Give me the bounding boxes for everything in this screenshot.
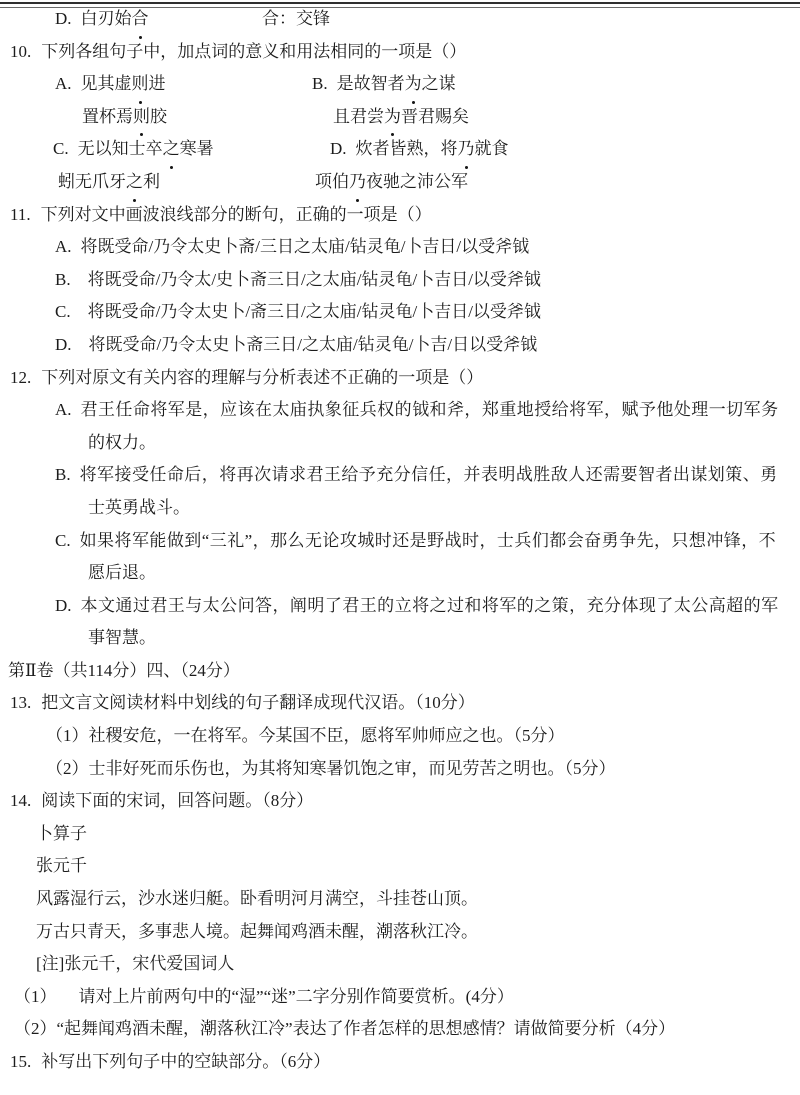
question-12-stem-line: 12.下列对原文有关内容的理解与分析表述不正确的一项是（）	[0, 362, 800, 395]
q13-item-2: （2）士非好死而乐伤也，为其将知寒暑饥饱之审，而见劳苦之明也。（5分）	[0, 753, 800, 786]
option-letter: D.	[55, 596, 72, 615]
question-11-stem: 下列对文中画波浪线部分的断句，正确的一项是（）	[41, 205, 432, 224]
option-text-continuation: 事智慧。	[88, 628, 156, 647]
question-10-stem-line: 10.下列各组句子中，加点词的意义和用法相同的一项是（）	[0, 36, 800, 69]
option-letter: C.	[53, 139, 69, 158]
emphasis-dot-char: 则	[133, 101, 150, 134]
q10-option-b-line1: B.是故智者为之谋	[312, 68, 456, 101]
poem-author: 张元千	[36, 856, 87, 875]
q13-item-1-text: （1）社稷安危，一在将军。今某国不臣，愿将军帅师应之也。（5分）	[46, 726, 565, 745]
q12-option-d-line1: D.本文通过君王与太公问答，阐明了君王的立将之过和将军的之策，充分体现了太公高超…	[0, 590, 800, 623]
q10-option-c-line1: C.无以知士卒之寒暑	[53, 133, 214, 166]
question-13-stem: 把文言文阅读材料中划线的句子翻译成现代汉语。（10分）	[41, 693, 475, 712]
q10-options-row3: C.无以知士卒之寒暑 D.炊者皆熟，将乃就食	[0, 133, 800, 166]
q13-item-2-text: （2）士非好死而乐伤也，为其将知寒暑饥饱之审，而见劳苦之明也。（5分）	[46, 759, 616, 778]
question-13-stem-line: 13.把文言文阅读材料中划线的句子翻译成现代汉语。（10分）	[0, 687, 800, 720]
option-text: 将军接受任命后，将再次请求君王给予充分信任，并表明战胜敌人还需要智者出谋划策、勇	[80, 465, 778, 484]
question-12-stem: 下列对原文有关内容的理解与分析表述不正确的一项是（）	[41, 368, 483, 387]
option-letter: C.	[55, 302, 71, 321]
sub-question-text: “起舞闻鸡酒未醒，潮落秋江冷”表达了作者怎样的思想感情？请做简要分析（4分）	[57, 1019, 676, 1038]
q10-option-a-line2: 置杯焉则胶	[82, 101, 167, 134]
q10-option-d-line1: D.炊者皆熟，将乃就食	[330, 133, 509, 166]
question-15-stem: 补写出下列句子中的空缺部分。（6分）	[41, 1052, 330, 1071]
q14-sub-question-2: （2）“起舞闻鸡酒未醒，潮落秋江冷”表达了作者怎样的思想感情？请做简要分析（4分…	[0, 1013, 800, 1046]
poem-title-line: 卜算子	[0, 818, 800, 851]
q10-options-row2: 置杯焉则胶 且君尝为晋君赐矣	[0, 101, 800, 134]
option-letter: D.	[330, 139, 347, 158]
q12-option-c-line1: C.如果将军能做到“三礼”，那么无论攻城时还是野战时，士兵们都会奋勇争先，只想冲…	[0, 525, 800, 558]
prev-option-d-gloss: 合：交锋	[262, 3, 330, 36]
option-text: 本文通过君王与太公问答，阐明了君王的立将之过和将军的之策，充分体现了太公高超的军	[81, 596, 779, 615]
option-letter: A.	[55, 74, 72, 93]
option-letter: D.	[55, 9, 72, 28]
exam-content: D.白刃始合 合：交锋 10.下列各组句子中，加点词的意义和用法相同的一项是（）…	[0, 3, 800, 1079]
emphasis-dot-char: 之	[126, 166, 143, 199]
sub-question-label: （1）	[14, 987, 57, 1006]
option-text: 将既受命/乃令太史卜斋三日/之太庙/钻灵龟/卜吉/日以受斧钺	[89, 335, 538, 354]
poem-note: [注]张元千，宋代爱国词人	[36, 954, 234, 973]
q12-option-b-line1: B.将军接受任命后，将再次请求君王给予充分信任，并表明战胜敌人还需要智者出谋划策…	[0, 459, 800, 492]
option-text: 将既受命/乃令太史卜/斋三日/之太庙/钻灵龟/卜吉日/以受斧钺	[88, 302, 541, 321]
question-14-number: 14.	[10, 791, 31, 810]
option-letter: B.	[312, 74, 328, 93]
q12-option-a-line1: A.君王任命将军是，应该在太庙执象征兵权的钺和斧，郑重地授给将军，赋予他处理一切…	[0, 394, 800, 427]
question-14-stem-line: 14.阅读下面的宋词，回答问题。（8分）	[0, 785, 800, 818]
q13-item-1: （1）社稷安危，一在将军。今某国不臣，愿将军帅师应之也。（5分）	[0, 720, 800, 753]
emphasis-dot-char: 合	[132, 3, 149, 36]
q11-option-b: B.将既受命/乃令太/史卜斋三日/之太庙/钻灵龟/卜吉日/以受斧钺	[0, 264, 800, 297]
question-10-number: 10.	[10, 42, 31, 61]
section-2-header: 第Ⅱ卷（共114分）四、（24分）	[0, 655, 800, 688]
emphasis-dot-char: 为	[384, 101, 401, 134]
option-letter: B.	[55, 270, 71, 289]
q10-options-row1: A.见其虚则进 B.是故智者为之谋	[0, 68, 800, 101]
poem-line-2-text: 万古只青天，多事悲人境。起舞闻鸡酒未醒，潮落秋江冷。	[36, 922, 478, 941]
q10-option-d-line2: 项伯乃夜驰之沛公军	[315, 166, 468, 199]
exam-page: D.白刃始合 合：交锋 10.下列各组句子中，加点词的意义和用法相同的一项是（）…	[0, 0, 800, 1095]
poem-note-line: [注]张元千，宋代爱国词人	[0, 948, 800, 981]
emphasis-dot-char: 之	[163, 133, 180, 166]
section-2-title: 第Ⅱ卷（共114分）四、（24分）	[8, 661, 240, 680]
option-text-continuation: 愿后退。	[88, 563, 156, 582]
option-text: 君王任命将军是，应该在太庙执象征兵权的钺和斧，郑重地授给将军，赋予他处理一切军务	[81, 400, 779, 419]
emphasis-dot-char: 乃	[458, 133, 475, 166]
prev-question-option-d: D.白刃始合 合：交锋	[0, 3, 800, 36]
option-text: 如果将军能做到“三礼”，那么无论攻城时还是野战时，士兵们都会奋勇争先，只想冲锋，…	[80, 531, 777, 550]
prev-option-d-text: D.白刃始合	[55, 3, 149, 36]
emphasis-dot-char: 则	[132, 68, 149, 101]
question-11-stem-line: 11.下列对文中画波浪线部分的断句，正确的一项是（）	[0, 199, 800, 232]
question-15-stem-line: 15.补写出下列句子中的空缺部分。（6分）	[0, 1046, 800, 1079]
q12-option-a-line2: 的权力。	[0, 427, 800, 460]
q10-option-b-line2: 且君尝为晋君赐矣	[333, 101, 469, 134]
question-15-number: 15.	[10, 1052, 31, 1071]
q12-option-b-line2: 士英勇战斗。	[0, 492, 800, 525]
option-letter: C.	[55, 531, 71, 550]
question-12-number: 12.	[10, 368, 31, 387]
question-14-stem: 阅读下面的宋词，回答问题。（8分）	[41, 791, 313, 810]
emphasis-dot-char: 乃	[349, 166, 366, 199]
emphasis-dot-char: 为	[405, 68, 422, 101]
question-10-stem: 下列各组句子中，加点词的意义和用法相同的一项是（）	[41, 42, 466, 61]
option-text: 将既受命/乃令太/史卜斋三日/之太庙/钻灵龟/卜吉日/以受斧钺	[88, 270, 541, 289]
q12-option-c-line2: 愿后退。	[0, 557, 800, 590]
poem-line-1-text: 风露湿行云，沙水迷归艇。卧看明河月满空，斗挂苍山顶。	[36, 889, 478, 908]
q10-options-row4: 蚓无爪牙之利 项伯乃夜驰之沛公军	[0, 166, 800, 199]
q11-option-a: A.将既受命/乃令太史卜斋/三日之太庙/钻灵龟/卜吉日/以受斧钺	[0, 231, 800, 264]
sub-question-label: （2）	[14, 1019, 57, 1038]
poem-title: 卜算子	[36, 824, 87, 843]
poem-author-line: 张元千	[0, 850, 800, 883]
q14-sub-question-1: （1）请对上片前两句中的“湿”“迷”二字分别作简要赏析。(4分）	[0, 981, 800, 1014]
question-11-number: 11.	[10, 205, 31, 224]
question-13-number: 13.	[10, 693, 31, 712]
option-letter: D.	[55, 335, 72, 354]
option-text-continuation: 的权力。	[88, 433, 156, 452]
sub-question-text: 请对上片前两句中的“湿”“迷”二字分别作简要赏析。(4分）	[79, 987, 514, 1006]
q11-option-d: D.将既受命/乃令太史卜斋三日/之太庙/钻灵龟/卜吉/日以受斧钺	[0, 329, 800, 362]
option-letter: B.	[55, 465, 71, 484]
option-text: 将既受命/乃令太史卜斋/三日之太庙/钻灵龟/卜吉日/以受斧钺	[81, 237, 530, 256]
q12-option-d-line2: 事智慧。	[0, 622, 800, 655]
option-letter: A.	[55, 400, 72, 419]
q11-option-c: C.将既受命/乃令太史卜/斋三日/之太庙/钻灵龟/卜吉日/以受斧钺	[0, 296, 800, 329]
q10-option-a-line1: A.见其虚则进	[55, 68, 166, 101]
option-letter: A.	[55, 237, 72, 256]
poem-line-1: 风露湿行云，沙水迷归艇。卧看明河月满空，斗挂苍山顶。	[0, 883, 800, 916]
q10-option-c-line2: 蚓无爪牙之利	[58, 166, 160, 199]
option-text-continuation: 士英勇战斗。	[88, 498, 190, 517]
poem-line-2: 万古只青天，多事悲人境。起舞闻鸡酒未醒，潮落秋江冷。	[0, 916, 800, 949]
